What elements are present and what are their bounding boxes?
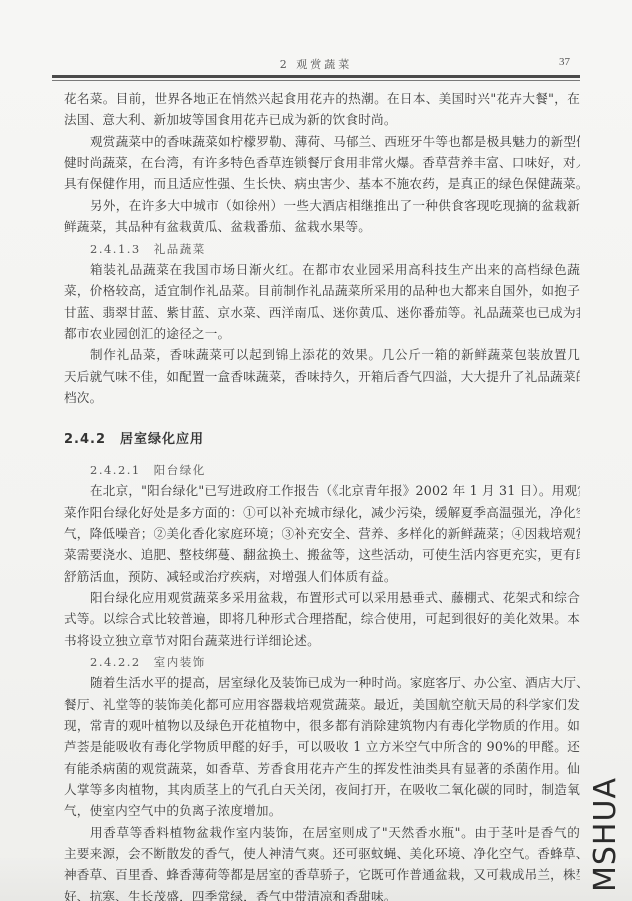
text-line: 天后就气味不佳，如配置一盒香味蔬菜，香味持久，开箱后香气四溢，大大提升了礼品蔬菜… <box>64 369 580 385</box>
text-line: 档次。 <box>64 390 580 406</box>
text-line: 气，使室内空气中的负离子浓度增加。 <box>64 803 580 819</box>
text-line: 在北京，"阳台绿化"已写进政府工作报告（《北京青年报》2002 年 1 月 31… <box>90 483 580 499</box>
text-line: 菜，价格较高，适宜制作礼品菜。目前制作礼品蔬菜所采用的品种也大都来自国外，如抱子 <box>64 283 580 299</box>
text-line: 菜需要浇水、追肥、整枝绑蔓、翻盆换土、搬盆等，这些活动，可使生活内容更充实，更有… <box>64 547 580 563</box>
text-line: 芦荟是能吸收有毒化学物质甲醛的好手，可以吸收 1 立方米空气中所含的 90%的甲… <box>64 739 580 755</box>
text-line: 舒筋活血，预防、减轻或治疗疾病，对增强人们体质有益。 <box>64 569 580 585</box>
text-line: 健时尚蔬菜，在台湾，有许多特色香草连锁餐厅食用非常火爆。香草营养丰富、口味好，对… <box>64 155 580 171</box>
text-line: 具有保健作用，而且适应性强、生长快、病虫害少、基本不施农药，是真正的绿色保健蔬菜… <box>64 176 580 192</box>
text-line: 花名菜。目前，世界各地正在悄然兴起食用花卉的热潮。在日本、美国时兴"花卉大餐"，… <box>64 91 580 107</box>
text-line: 气，降低噪音；②美化香化家庭环境；③补充安全、营养、多样化的新鲜蔬菜；④因栽培观… <box>64 526 580 542</box>
header-rule-thick <box>52 75 580 78</box>
text-line: 餐厅、礼堂等的装饰美化都可应用容器栽培观赏蔬菜。最近，美国航空航天局的科学家们发 <box>64 697 580 713</box>
text-line: 箱装礼品蔬菜在我国市场日渐火红。在都市农业园采用高科技生产出来的高档绿色蔬 <box>90 262 580 278</box>
text-line: 式等。以综合式比较普遍，即将几种形式合理搭配，综合使用，可起到很好的美化效果。本 <box>64 611 580 627</box>
subheading-balcony-greening: 2.4.2.1 阳台绿化 <box>90 462 206 478</box>
text-line: 菜作阳台绿化好处是多方面的：①可以补充城市绿化，减少污染，缓解夏季高温强光，净化… <box>64 505 580 521</box>
subheading-interior-decoration: 2.4.2.2 室内装饰 <box>90 654 206 670</box>
text-line: 现，常青的观叶植物以及绿色开花植物中，很多都有消除建筑物内有毒化学物质的作用。如 <box>64 718 580 734</box>
subheading-gift-vegetables: 2.4.1.3 礼品蔬菜 <box>90 241 206 257</box>
section-heading-home-greening: 2.4.2 居室绿化应用 <box>64 428 204 447</box>
header-rule-thin <box>52 80 580 81</box>
chapter-title: 2 观赏蔬菜 <box>52 56 580 72</box>
page-number: 37 <box>559 56 570 68</box>
text-line: 制作礼品菜，香味蔬菜可以起到锦上添花的效果。几公斤一箱的新鲜蔬菜包装放置几 <box>90 347 580 363</box>
text-line: 法国、意大利、新加坡等国食用花卉已成为新的饮食时尚。 <box>64 112 580 128</box>
text-line: 人掌等多肉植物，其肉质茎上的气孔白天关闭，夜间打开，在吸收二氧化碳的同时，制造氧 <box>64 782 580 798</box>
text-line: 有能杀病菌的观赏蔬菜，如香草、芳香食用花卉产生的挥发性油类具有显著的杀菌作用。仙 <box>64 761 580 777</box>
running-header: 2 观赏蔬菜 37 <box>52 56 580 72</box>
text-line: 另外，在许多大中城市（如徐州）一些大酒店相继推出了一种供食客现吃现摘的盆栽新 <box>90 198 580 214</box>
text-line: 阳台绿化应用观赏蔬菜多采用盆栽，布置形式可以采用悬垂式、藤棚式、花架式和综合 <box>90 590 580 606</box>
text-line: 甘蓝、翡翠甘蓝、紫甘蓝、京水菜、西洋南瓜、迷你黄瓜、迷你番茄等。礼品蔬菜也已成为… <box>64 305 580 321</box>
text-line: 随着生活水平的提高，居室绿化及装饰已成为一种时尚。家庭客厅、办公室、酒店大厅、 <box>90 675 580 691</box>
text-line: 书将设立独立章节对阳台蔬菜进行详细论述。 <box>64 633 580 649</box>
watermark: MSHUA <box>588 777 623 892</box>
text-line: 观赏蔬菜中的香味蔬菜如柠檬罗勒、薄荷、马郁兰、西班牙牛等也都是极具魅力的新型保 <box>90 134 580 150</box>
text-line: 都市农业园创汇的途径之一。 <box>64 326 580 342</box>
text-line: 用香草等香料植物盆栽作室内装饰，在居室则成了"天然香水瓶"。由于茎叶是香气的 <box>90 825 580 841</box>
book-page: 2 观赏蔬菜 37 花名菜。目前，世界各地正在悄然兴起食用花卉的热潮。在日本、美… <box>0 0 632 901</box>
scan-shadow <box>0 855 632 901</box>
text-line: 鲜蔬菜，其品种有盆栽黄瓜、盆栽番茄、盆栽水果等。 <box>64 219 580 235</box>
